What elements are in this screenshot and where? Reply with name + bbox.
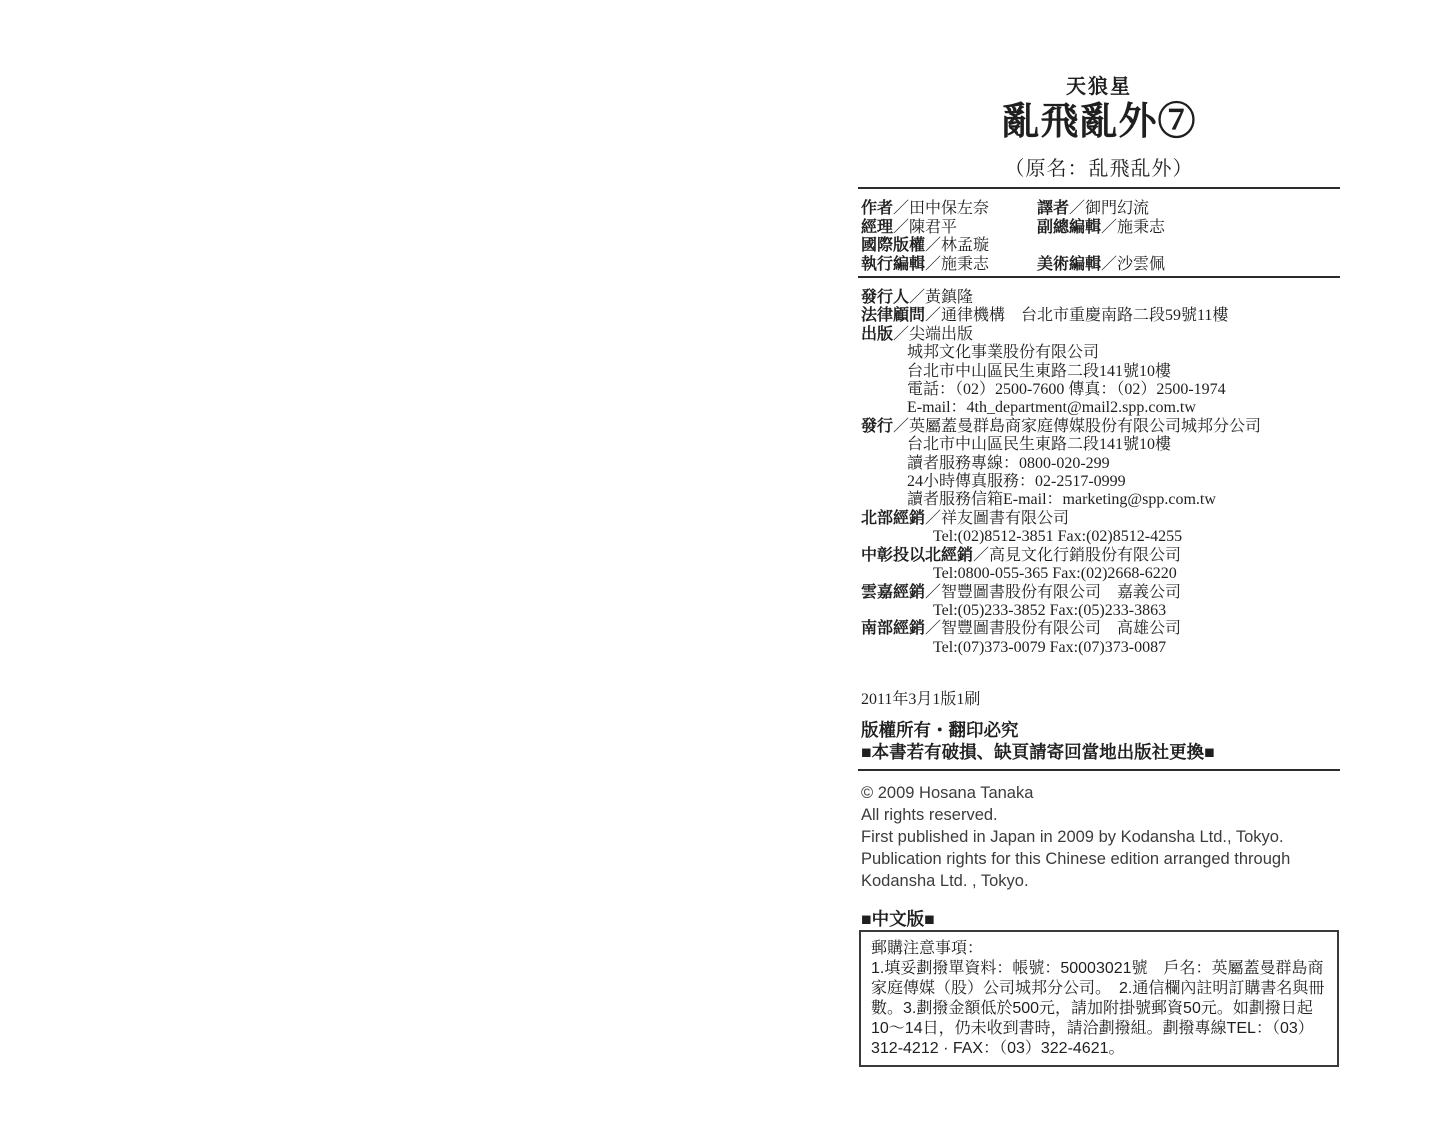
field-value: 城邦文化事業股份有限公司 [907,344,1099,361]
field-label: 北部經銷 [861,510,925,527]
publishing-row: 讀者服務專線：0800-020-299 [861,455,1261,473]
publishing-row: 發行人／黃鎮隆 [861,289,1261,307]
book-title: 亂飛亂外⑦ [858,101,1340,145]
publishing-row: 台北市中山區民生東路二段141號10樓 [861,436,1261,454]
field-value: 台北市中山區民生東路二段141號10樓 [907,363,1171,380]
title-block: 天狼星 亂飛亂外⑦ （原名：乱飛乱外） [858,70,1340,181]
english-copyright-line: First published in Japan in 2009 by Koda… [861,826,1290,848]
publishing-row: Tel:0800-055-365 Fax:(02)2668-6220 [861,565,1261,583]
field-label: 執行編輯 [861,256,925,273]
field-value: ／智豐圖書股份有限公司 高雄公司 [925,620,1181,637]
credit-row: 國際版權／林孟璇 [861,237,989,256]
field-label: 作者 [861,200,893,217]
field-label: 國際版權 [861,237,925,254]
field-value: ／施秉志 [925,256,989,273]
credits-right-column: 譯者／御門幻流 副總編輯／施秉志 美術編輯／沙雲佩 [1037,200,1165,274]
credit-row: 執行編輯／施秉志 [861,256,989,275]
field-value: ／通律機構 台北市重慶南路二段59號11樓 [925,307,1228,324]
field-label: 雲嘉經銷 [861,584,925,601]
field-value: ／御門幻流 [1069,200,1149,217]
edition-line: 2011年3月1版1刷 [861,686,980,709]
english-copyright-block: © 2009 Hosana Tanaka All rights reserved… [861,782,1290,892]
field-value: ／黃鎮隆 [909,289,973,306]
publishing-row: 出版／尖端出版 [861,326,1261,344]
mail-order-line: 數。3.劃撥金額低於500元，請加附掛號郵資50元。如劃撥日起 [871,999,1327,1019]
publishing-row: 讀者服務信箱E-mail：marketing@spp.com.tw [861,491,1261,509]
field-value: ／沙雲佩 [1101,256,1165,273]
field-label: 譯者 [1037,200,1069,217]
mail-order-line: 郵購注意事項： [871,939,1327,959]
field-value: ／施秉志 [1101,219,1165,236]
publishing-row: 南部經銷／智豐圖書股份有限公司 高雄公司 [861,620,1261,638]
field-value: 台北市中山區民生東路二段141號10樓 [907,436,1171,453]
field-value: 電話：（02）2500-7600 傳真：（02）2500-1974 [907,381,1226,398]
field-value: E-mail：4th_department@mail2.spp.com.tw [907,399,1196,416]
divider-copyright [858,769,1340,771]
publishing-row: Tel:(02)8512-3851 Fax:(02)8512-4255 [861,528,1261,546]
publishing-row: 電話：（02）2500-7600 傳真：（02）2500-1974 [861,381,1261,399]
field-value: Tel:(07)373-0079 Fax:(07)373-0087 [933,639,1166,656]
field-value: 讀者服務專線：0800-020-299 [907,455,1110,472]
publishing-row: 台北市中山區民生東路二段141號10樓 [861,363,1261,381]
field-value: ／智豐圖書股份有限公司 嘉義公司 [925,584,1181,601]
field-label: 法律顧問 [861,307,925,324]
original-title: （原名：乱飛乱外） [858,152,1340,181]
copyright-notice-line2: ■本書若有破損、缺頁請寄回當地出版社更換■ [861,741,1215,763]
field-label: 發行 [861,418,893,435]
mail-order-line: 312-4212 · FAX：（03）322-4621。 [871,1039,1327,1059]
divider-credits [858,276,1340,278]
publishing-row: E-mail：4th_department@mail2.spp.com.tw [861,399,1261,417]
publishing-row: Tel:(05)233-3852 Fax:(05)233-3863 [861,602,1261,620]
credit-row: 經理／陳君平 [861,219,989,238]
english-copyright-line: © 2009 Hosana Tanaka [861,782,1290,804]
credit-row: 作者／田中保左奈 [861,200,989,219]
english-copyright-line: All rights reserved. [861,804,1290,826]
publishing-block: 發行人／黃鎮隆 法律顧問／通律機構 台北市重慶南路二段59號11樓 出版／尖端出… [861,289,1261,657]
publishing-row: 中彰投以北經銷／高見文化行銷股份有限公司 [861,547,1261,565]
publishing-row: 雲嘉經銷／智豐圖書股份有限公司 嘉義公司 [861,584,1261,602]
field-value: 讀者服務信箱E-mail：marketing@spp.com.tw [907,491,1216,508]
credit-row: 譯者／御門幻流 [1037,200,1165,219]
english-copyright-line: Kodansha Ltd. , Tokyo. [861,870,1290,892]
publishing-row: 城邦文化事業股份有限公司 [861,344,1261,362]
credits-left-column: 作者／田中保左奈 經理／陳君平 國際版權／林孟璇 執行編輯／施秉志 [861,200,989,274]
chinese-edition-label: ■中文版■ [861,906,935,931]
copyright-notice-line1: 版權所有・翻印必究 [861,719,1215,741]
field-label: 南部經銷 [861,620,925,637]
field-value: Tel:(02)8512-3851 Fax:(02)8512-4255 [933,528,1182,545]
field-value: 24小時傳真服務：02-2517-0999 [907,473,1126,490]
publishing-row: 法律顧問／通律機構 台北市重慶南路二段59號11樓 [861,307,1261,325]
mail-order-box: 郵購注意事項： 1.填妥劃撥單資料：帳號：50003021號 戶名：英屬蓋曼群島… [859,930,1339,1067]
field-label: 經理 [861,219,893,236]
publishing-row: Tel:(07)373-0079 Fax:(07)373-0087 [861,639,1261,657]
series-title: 天狼星 [858,70,1340,99]
colophon-page: 天狼星 亂飛亂外⑦ （原名：乱飛乱外） 作者／田中保左奈 經理／陳君平 國際版權… [0,0,1446,1125]
field-value: ／高見文化行銷股份有限公司 [973,547,1181,564]
field-value: ／英屬蓋曼群島商家庭傳媒股份有限公司城邦分公司 [893,418,1261,435]
credit-row: 美術編輯／沙雲佩 [1037,256,1165,275]
field-value: ／尖端出版 [893,326,973,343]
publishing-row: 24小時傳真服務：02-2517-0999 [861,473,1261,491]
field-value: Tel:(05)233-3852 Fax:(05)233-3863 [933,602,1166,619]
field-value: ／祥友圖書有限公司 [925,510,1069,527]
mail-order-line: 1.填妥劃撥單資料：帳號：50003021號 戶名：英屬蓋曼群島商 [871,959,1327,979]
publishing-row: 發行／英屬蓋曼群島商家庭傳媒股份有限公司城邦分公司 [861,418,1261,436]
field-label: 副總編輯 [1037,219,1101,236]
field-label: 美術編輯 [1037,256,1101,273]
divider-top [858,187,1340,189]
publishing-row: 北部經銷／祥友圖書有限公司 [861,510,1261,528]
field-value: ／陳君平 [893,219,957,236]
field-value: ／田中保左奈 [893,200,989,217]
field-value: ／林孟璇 [925,237,989,254]
field-value: Tel:0800-055-365 Fax:(02)2668-6220 [933,565,1177,582]
copyright-notice: 版權所有・翻印必究 ■本書若有破損、缺頁請寄回當地出版社更換■ [861,719,1215,763]
field-label: 中彰投以北經銷 [861,547,973,564]
field-label: 發行人 [861,289,909,306]
credit-row: 副總編輯／施秉志 [1037,219,1165,238]
field-label: 出版 [861,326,893,343]
english-copyright-line: Publication rights for this Chinese edit… [861,848,1290,870]
mail-order-line: 10～14日，仍未收到書時，請洽劃撥組。劃撥專線TEL：（03） [871,1019,1327,1039]
mail-order-line: 家庭傳媒（股）公司城邦分公司。 2.通信欄內註明訂購書名與冊 [871,979,1327,999]
